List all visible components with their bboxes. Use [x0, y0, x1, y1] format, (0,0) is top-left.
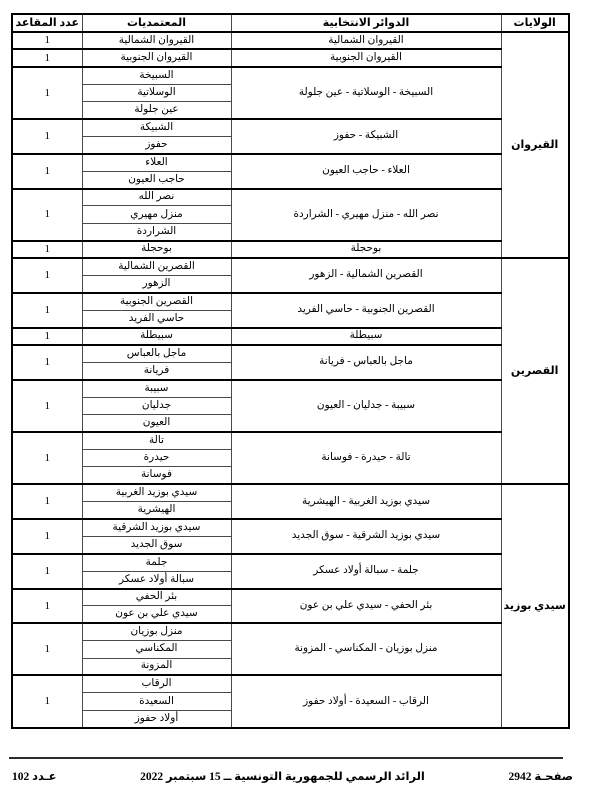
- delegation-cell: الرقاب: [82, 675, 231, 692]
- delegation-cell: القيروان الشمالية: [82, 32, 231, 49]
- delegation-cell: حيدرة: [82, 449, 231, 466]
- table-row: سبيبة - جدليان - العيونسبيبة1: [12, 380, 569, 397]
- district-cell: منزل بوزيان - المكناسي - المزونة: [231, 623, 501, 675]
- delegation-cell: الهيشرية: [82, 502, 231, 519]
- table-row: منزل بوزيان - المكناسي - المزونةمنزل بوز…: [12, 623, 569, 640]
- delegation-cell: السعيدة: [82, 693, 231, 710]
- delegation-cell: سيدي بوزيد الغربية: [82, 484, 231, 501]
- delegation-cell: السبيخة: [82, 67, 231, 84]
- seats-cell: 1: [12, 675, 82, 727]
- header-delegations: المعتمديات: [82, 14, 231, 32]
- district-cell: بئر الحفي - سيدي علي بن عون: [231, 589, 501, 624]
- seats-cell: 1: [12, 258, 82, 293]
- delegation-cell: تالة: [82, 432, 231, 449]
- delegation-cell: سبالة أولاد عسكر: [82, 571, 231, 588]
- table-row: سيدي بوزيدسيدي بوزيد الغربية - الهيشريةس…: [12, 484, 569, 501]
- district-cell: القصرين الجنوبية - حاسي الفريد: [231, 293, 501, 328]
- table-row: تالة - حيدرة - فوسانةتالة1: [12, 432, 569, 449]
- delegation-cell: جلمة: [82, 554, 231, 571]
- delegation-cell: أولاد حفوز: [82, 710, 231, 727]
- seats-cell: 1: [12, 484, 82, 519]
- table-row: السبيخة - الوسلاتية - عين جلولةالسبيخة1: [12, 67, 569, 84]
- district-cell: السبيخة - الوسلاتية - عين جلولة: [231, 67, 501, 119]
- header-districts: الدوائر الانتخابية: [231, 14, 501, 32]
- table-row: القيروان الجنوبيةالقيروان الجنوبية1: [12, 49, 569, 66]
- district-cell: سبيطلة: [231, 328, 501, 345]
- district-cell: نصر الله - منزل مهيري - الشراردة: [231, 189, 501, 241]
- delegation-cell: منزل مهيري: [82, 206, 231, 223]
- footer-gazette-title: الرائد الرسمي للجمهورية التونسية ــ 15 س…: [140, 769, 425, 783]
- footer-issue-number: عـدد 102: [12, 769, 56, 783]
- seats-cell: 1: [12, 519, 82, 554]
- delegation-cell: العيون: [82, 415, 231, 432]
- district-cell: القصرين الشمالية - الزهور: [231, 258, 501, 293]
- governorate-cell: القصرين: [501, 258, 569, 484]
- district-cell: ماجل بالعباس - فريانة: [231, 345, 501, 380]
- table-row: جلمة - سبالة أولاد عسكرجلمة1: [12, 554, 569, 571]
- electoral-districts-table: الولايات الدوائر الانتخابية المعتمديات ع…: [11, 13, 570, 729]
- table-row: بوحجلةبوحجلة1: [12, 241, 569, 258]
- delegation-cell: القصرين الجنوبية: [82, 293, 231, 310]
- electoral-table-container: الولايات الدوائر الانتخابية المعتمديات ع…: [11, 13, 570, 729]
- delegation-cell: سبيبة: [82, 380, 231, 397]
- delegation-cell: سيدي بوزيد الشرقية: [82, 519, 231, 536]
- header-governorates: الولايات: [501, 14, 569, 32]
- delegation-cell: فوسانة: [82, 467, 231, 484]
- seats-cell: 1: [12, 589, 82, 624]
- delegation-cell: سوق الجديد: [82, 536, 231, 553]
- district-cell: جلمة - سبالة أولاد عسكر: [231, 554, 501, 589]
- table-header-row: الولايات الدوائر الانتخابية المعتمديات ع…: [12, 14, 569, 32]
- delegation-cell: جدليان: [82, 397, 231, 414]
- district-cell: القيروان الشمالية: [231, 32, 501, 49]
- delegation-cell: المكناسي: [82, 641, 231, 658]
- header-seats: عدد المقاعد: [12, 14, 82, 32]
- table-row: القصرينالقصرين الشمالية - الزهورالقصرين …: [12, 258, 569, 275]
- district-cell: الرقاب - السعيدة - أولاد حفوز: [231, 675, 501, 727]
- seats-cell: 1: [12, 189, 82, 241]
- seats-cell: 1: [12, 119, 82, 154]
- table-row: العلاء - حاجب العيونالعلاء1: [12, 154, 569, 171]
- delegation-cell: بوحجلة: [82, 241, 231, 258]
- seats-cell: 1: [12, 154, 82, 189]
- delegation-cell: العلاء: [82, 154, 231, 171]
- delegation-cell: الشبيكة: [82, 119, 231, 136]
- table-row: سبيطلةسبيطلة1: [12, 328, 569, 345]
- seats-cell: 1: [12, 328, 82, 345]
- delegation-cell: سبيطلة: [82, 328, 231, 345]
- footer-page-number: صفحـة 2942: [509, 769, 573, 783]
- table-row: بئر الحفي - سيدي علي بن عونبئر الحفي1: [12, 589, 569, 606]
- table-row: الرقاب - السعيدة - أولاد حفوزالرقاب1: [12, 675, 569, 692]
- delegation-cell: نصر الله: [82, 189, 231, 206]
- delegation-cell: سيدي علي بن عون: [82, 606, 231, 623]
- seats-cell: 1: [12, 32, 82, 49]
- district-cell: القيروان الجنوبية: [231, 49, 501, 66]
- seats-cell: 1: [12, 49, 82, 66]
- table-row: القيروانالقيروان الشماليةالقيروان الشمال…: [12, 32, 569, 49]
- page-footer: صفحـة 2942 الرائد الرسمي للجمهورية التون…: [12, 769, 573, 783]
- table-row: ماجل بالعباس - فريانةماجل بالعباس1: [12, 345, 569, 362]
- table-row: نصر الله - منزل مهيري - الشراردةنصر الله…: [12, 189, 569, 206]
- governorate-cell: القيروان: [501, 32, 569, 258]
- delegation-cell: فريانة: [82, 362, 231, 379]
- district-cell: الشبيكة - حفوز: [231, 119, 501, 154]
- seats-cell: 1: [12, 241, 82, 258]
- delegation-cell: حاجب العيون: [82, 171, 231, 188]
- district-cell: سيدي بوزيد الشرقية - سوق الجديد: [231, 519, 501, 554]
- seats-cell: 1: [12, 554, 82, 589]
- seats-cell: 1: [12, 623, 82, 675]
- district-cell: العلاء - حاجب العيون: [231, 154, 501, 189]
- seats-cell: 1: [12, 293, 82, 328]
- gazette-page: الولايات الدوائر الانتخابية المعتمديات ع…: [0, 0, 590, 800]
- delegation-cell: الشراردة: [82, 223, 231, 240]
- footer-rule: [9, 757, 563, 759]
- table-row: القصرين الجنوبية - حاسي الفريدالقصرين ال…: [12, 293, 569, 310]
- delegation-cell: حفوز: [82, 136, 231, 153]
- delegation-cell: المزونة: [82, 658, 231, 675]
- delegation-cell: بئر الحفي: [82, 589, 231, 606]
- governorate-cell: سيدي بوزيد: [501, 484, 569, 727]
- seats-cell: 1: [12, 432, 82, 484]
- district-cell: تالة - حيدرة - فوسانة: [231, 432, 501, 484]
- seats-cell: 1: [12, 380, 82, 432]
- seats-cell: 1: [12, 345, 82, 380]
- table-row: سيدي بوزيد الشرقية - سوق الجديدسيدي بوزي…: [12, 519, 569, 536]
- district-cell: سبيبة - جدليان - العيون: [231, 380, 501, 432]
- delegation-cell: القيروان الجنوبية: [82, 49, 231, 66]
- table-row: الشبيكة - حفوزالشبيكة1: [12, 119, 569, 136]
- delegation-cell: ماجل بالعباس: [82, 345, 231, 362]
- delegation-cell: منزل بوزيان: [82, 623, 231, 640]
- district-cell: بوحجلة: [231, 241, 501, 258]
- seats-cell: 1: [12, 67, 82, 119]
- delegation-cell: الوسلاتية: [82, 84, 231, 101]
- district-cell: سيدي بوزيد الغربية - الهيشرية: [231, 484, 501, 519]
- delegation-cell: الزهور: [82, 275, 231, 292]
- delegation-cell: عين جلولة: [82, 102, 231, 119]
- delegation-cell: القصرين الشمالية: [82, 258, 231, 275]
- delegation-cell: حاسي الفريد: [82, 310, 231, 327]
